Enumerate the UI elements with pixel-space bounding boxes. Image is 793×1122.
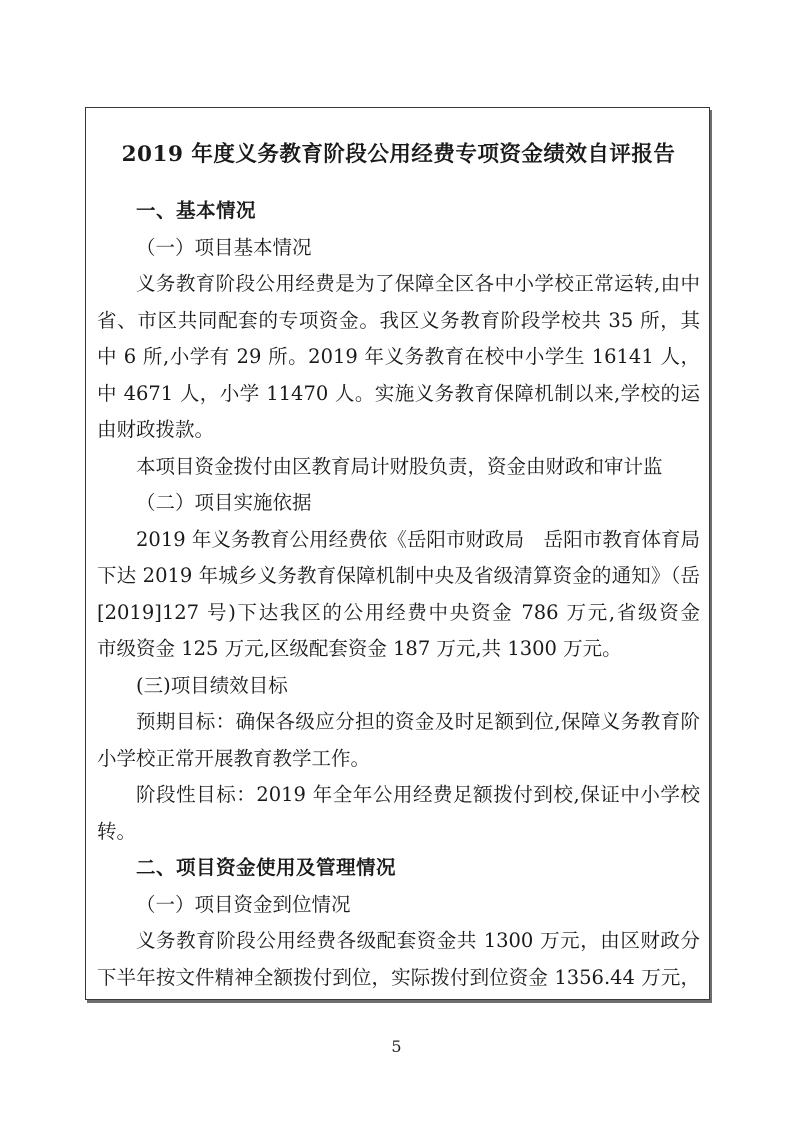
text-line: 义务教育阶段公用经费是为了保障全区各中小学校正常运转,由中央、	[97, 266, 700, 303]
text-line: 转。	[97, 814, 700, 851]
document-page: 2019 年度义务教育阶段公用经费专项资金绩效自评报告 一、基本情况（一）项目基…	[0, 0, 793, 1122]
text-line: （二）项目实施依据	[97, 485, 700, 522]
page-number: 5	[0, 1037, 793, 1056]
text-line: 2019 年义务教育公用经费依《岳阳市财政局 岳阳市教育体育局关于	[97, 522, 700, 559]
text-line: 市级资金 125 万元,区级配套资金 187 万元,共 1300 万元。	[97, 631, 700, 668]
text-line: 下达 2019 年城乡义务教育保障机制中央及省级清算资金的通知》（岳财预	[97, 558, 700, 595]
text-line: 阶段性目标：2019 年全年公用经费足额拨付到校,保证中小学校正常运	[97, 777, 700, 814]
text-line: 二、项目资金使用及管理情况	[97, 850, 700, 887]
text-line: 义务教育阶段公用经费各级配套资金共 1300 万元，由区财政分上半年，	[97, 923, 700, 960]
text-line: （一）项目资金到位情况	[97, 887, 700, 924]
text-line: 中 4671 人，小学 11470 人。实施义务教育保障机制以来,学校的运转经费…	[97, 376, 700, 413]
report-title: 2019 年度义务教育阶段公用经费专项资金绩效自评报告	[97, 136, 700, 174]
page-border-frame: 2019 年度义务教育阶段公用经费专项资金绩效自评报告 一、基本情况（一）项目基…	[85, 107, 710, 1000]
text-line: 预期目标：确保各级应分担的资金及时足额到位,保障义务教育阶段中	[97, 704, 700, 741]
text-line: （一）项目基本情况	[97, 230, 700, 267]
text-line: 一、基本情况	[97, 193, 700, 230]
text-line: (三)项目绩效目标	[97, 668, 700, 705]
text-line: [2019]127 号)下达我区的公用经费中央资金 786 万元,省级资金 20…	[97, 595, 700, 632]
text-line: 由财政拨款。	[97, 412, 700, 449]
text-line: 本项目资金拨付由区教育局计财股负责，资金由财政和审计监管。	[97, 449, 700, 486]
text-line: 省、市区共同配套的专项资金。我区义务教育阶段学校共 35 所，其中，初	[97, 303, 700, 340]
report-body: 一、基本情况（一）项目基本情况义务教育阶段公用经费是为了保障全区各中小学校正常运…	[97, 193, 700, 996]
text-line: 中 6 所,小学有 29 所。2019 年义务教育在校中小学生 16141 人，…	[97, 339, 700, 376]
text-line: 下半年按文件精神全额拨付到位，实际拨付到位资金 1356.44 万元，本级财	[97, 960, 700, 997]
text-line: 小学校正常开展教育教学工作。	[97, 741, 700, 778]
